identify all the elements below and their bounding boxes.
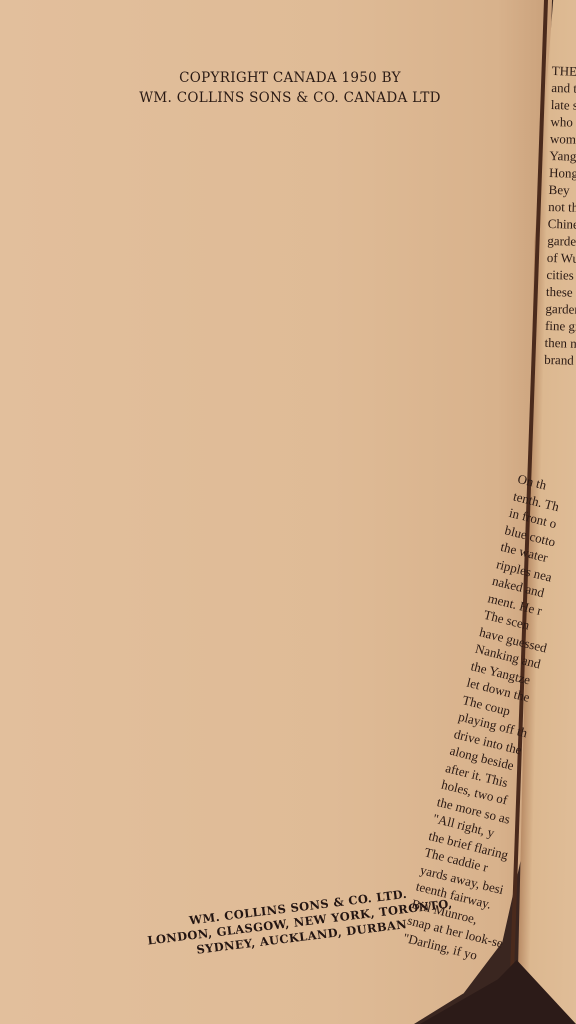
text-line: cities of: [546, 266, 576, 284]
text-line: gardens: [547, 232, 576, 250]
text-line: wome: [550, 130, 576, 148]
text-line: then no c: [544, 334, 576, 352]
text-line: not th: [548, 198, 576, 216]
text-line: fine gree: [545, 317, 576, 335]
copyright-line: WM. COLLINS SONS & CO. CANADA LTD: [100, 88, 480, 108]
text-line: of Wuf: [547, 249, 576, 267]
text-line: who c: [550, 113, 576, 131]
text-line: these do: [546, 283, 576, 301]
text-line: Hongk: [549, 164, 576, 182]
copyright-notice: COPYRIGHT CANADA 1950 BY WM. COLLINS SON…: [100, 68, 480, 108]
text-line: Yangt: [549, 147, 576, 165]
text-line: and t: [551, 79, 576, 97]
text-line: gardener: [545, 300, 576, 318]
text-line: Bey: [548, 181, 576, 199]
text-line: Chinese: [548, 215, 576, 233]
text-line: brand of: [544, 351, 576, 369]
copyright-line: COPYRIGHT CANADA 1950 BY: [100, 68, 480, 88]
text-line: THE F: [552, 62, 576, 80]
text-line: late sp: [551, 96, 576, 114]
